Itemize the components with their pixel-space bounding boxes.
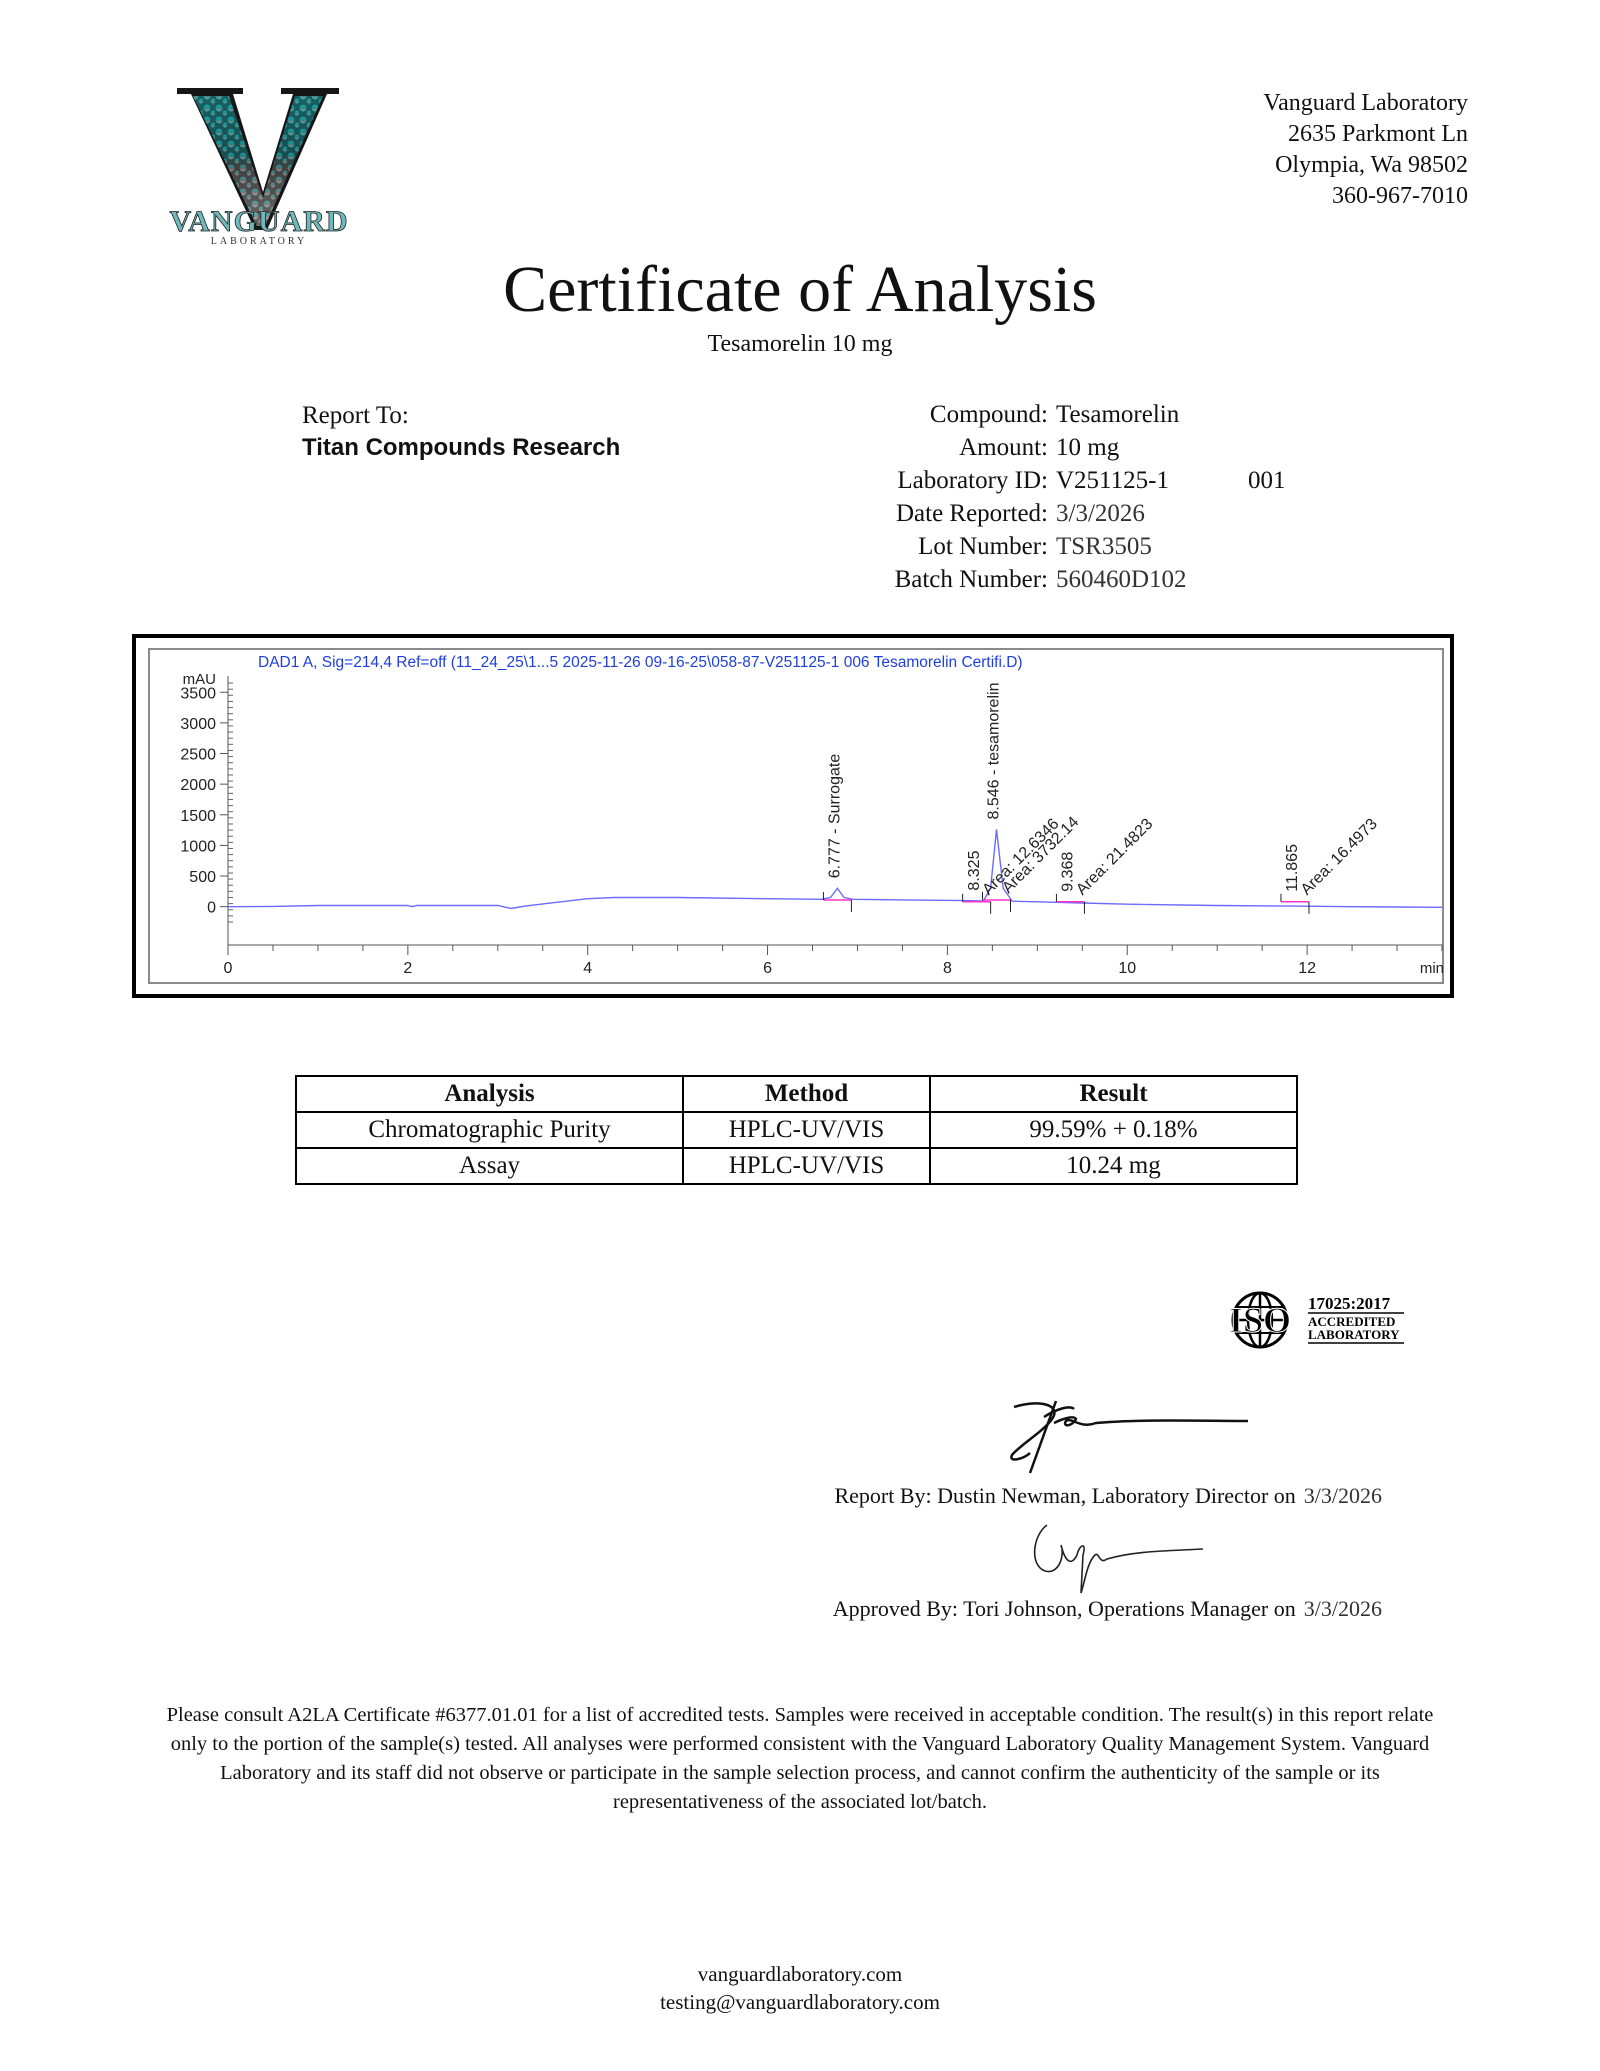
report-to-block: Report To: Titan Compounds Research	[302, 400, 620, 464]
svg-text:ISO: ISO	[1229, 1300, 1291, 1340]
peak-area-label: Area: 21.4823	[1073, 815, 1156, 898]
cell-method: HPLC-UV/VIS	[683, 1148, 930, 1184]
x-tick-label: 0	[224, 960, 233, 977]
logo-tagline: LABORATORY	[211, 236, 308, 247]
document-subtitle: Tesamorelin 10 mg	[0, 330, 1600, 358]
cell-analysis: Chromatographic Purity	[296, 1112, 683, 1148]
info-row: Lot Number:TSR3505	[820, 530, 1286, 563]
vanguard-v-logo-icon: VANGUARD LABORATORY	[155, 80, 365, 250]
cell-method: HPLC-UV/VIS	[683, 1112, 930, 1148]
header-analysis: Analysis	[296, 1076, 683, 1112]
info-value: Tesamorelin	[1056, 398, 1226, 431]
info-value: 560460D102	[1056, 563, 1226, 596]
x-tick-label: 10	[1118, 960, 1136, 977]
x-tick-label: 12	[1298, 960, 1316, 977]
info-value: TSR3505	[1056, 530, 1226, 563]
info-row: Laboratory ID:V251125-1001	[820, 464, 1286, 497]
peak-area-label: Area: 16.4973	[1298, 815, 1381, 898]
lab-street: 2635 Parkmont Ln	[1263, 119, 1468, 150]
y-tick-label: 2500	[180, 747, 216, 764]
iso-accreditation-badge: ISO 17025:2017 ACCREDITED LABORATORY	[1222, 1290, 1412, 1350]
website-link[interactable]: vanguardlaboratory.com	[0, 1960, 1600, 1988]
x-tick-label: 6	[763, 960, 772, 977]
email-link[interactable]: testing@vanguardlaboratory.com	[0, 1988, 1600, 2016]
info-key: Laboratory ID:	[820, 464, 1056, 497]
info-row: Batch Number:560460D102	[820, 563, 1286, 596]
table-row: Assay HPLC-UV/VIS 10.24 mg	[296, 1148, 1297, 1184]
info-key: Amount:	[820, 431, 1056, 464]
lab-phone: 360-967-7010	[1263, 181, 1468, 212]
header-method: Method	[683, 1076, 930, 1112]
info-key: Batch Number:	[820, 563, 1056, 596]
x-tick-label: 8	[943, 960, 952, 977]
info-row: Amount:10 mg	[820, 431, 1286, 464]
y-tick-label: 2000	[180, 777, 216, 794]
results-table: Analysis Method Result Chromatographic P…	[295, 1075, 1298, 1185]
report-by-line: Report By: Dustin Newman, Laboratory Dir…	[834, 1483, 1382, 1509]
y-tick-label: 1500	[180, 808, 216, 825]
sample-info: Compound:TesamorelinAmount:10 mgLaborato…	[820, 398, 1286, 596]
info-key: Date Reported:	[820, 497, 1056, 530]
chromatogram-plot-area: DAD1 A, Sig=214,4 Ref=off (11_24_25\1...…	[148, 648, 1444, 984]
info-value: 10 mg	[1056, 431, 1226, 464]
peak-label: 8.546 - tesamorelin	[986, 683, 1003, 820]
chromatogram: DAD1 A, Sig=214,4 Ref=off (11_24_25\1...…	[132, 634, 1454, 998]
x-tick-label: 4	[583, 960, 592, 977]
disclaimer: Please consult A2LA Certificate #6377.01…	[150, 1701, 1450, 1817]
director-signature	[1000, 1395, 1250, 1475]
header-result: Result	[930, 1076, 1297, 1112]
manager-signature	[1025, 1515, 1205, 1595]
info-row: Date Reported:3/3/2026	[820, 497, 1286, 530]
chart-title: DAD1 A, Sig=214,4 Ref=off (11_24_25\1...…	[258, 654, 1023, 671]
info-key: Compound:	[820, 398, 1056, 431]
document-title: Certificate of Analysis	[0, 250, 1600, 330]
lab-city: Olympia, Wa 98502	[1263, 150, 1468, 181]
approved-by-text: Approved By: Tori Johnson, Operations Ma…	[833, 1596, 1296, 1621]
footer: vanguardlaboratory.com testing@vanguardl…	[0, 1960, 1600, 2016]
cell-analysis: Assay	[296, 1148, 683, 1184]
iso-laboratory: LABORATORY	[1308, 1327, 1400, 1342]
y-tick-label: 1000	[180, 838, 216, 855]
chromatogram-chart: DAD1 A, Sig=214,4 Ref=off (11_24_25\1...…	[150, 650, 1446, 986]
approved-by-line: Approved By: Tori Johnson, Operations Ma…	[833, 1596, 1382, 1622]
logo-wordmark: VANGUARD	[169, 205, 348, 238]
peak-label: 6.777 - Surrogate	[827, 754, 844, 879]
info-extra: 001	[1226, 464, 1286, 497]
y-tick-label: 3000	[180, 716, 216, 733]
y-axis-label: mAU	[183, 671, 216, 688]
cell-result: 10.24 mg	[930, 1148, 1297, 1184]
iso-standard: 17025:2017	[1308, 1294, 1391, 1313]
results-header-row: Analysis Method Result	[296, 1076, 1297, 1112]
table-row: Chromatographic Purity HPLC-UV/VIS 99.59…	[296, 1112, 1297, 1148]
x-axis-label: min	[1420, 960, 1444, 977]
lab-address: Vanguard Laboratory 2635 Parkmont Ln Oly…	[1263, 88, 1468, 212]
report-by-text: Report By: Dustin Newman, Laboratory Dir…	[834, 1483, 1295, 1508]
report-to-label: Report To:	[302, 400, 620, 432]
iso-globe-icon: ISO	[1229, 1293, 1291, 1347]
y-tick-label: 500	[189, 869, 216, 886]
report-by-date: 3/3/2026	[1304, 1483, 1382, 1508]
lab-name: Vanguard Laboratory	[1263, 88, 1468, 119]
cell-result: 99.59% + 0.18%	[930, 1112, 1297, 1148]
client-name: Titan Compounds Research	[302, 432, 620, 464]
info-row: Compound:Tesamorelin	[820, 398, 1286, 431]
info-value: 3/3/2026	[1056, 497, 1226, 530]
approved-by-date: 3/3/2026	[1304, 1596, 1382, 1621]
info-value: V251125-1	[1056, 464, 1226, 497]
y-tick-label: 0	[207, 900, 216, 917]
vanguard-logo: VANGUARD LABORATORY	[155, 80, 365, 250]
info-key: Lot Number:	[820, 530, 1056, 563]
x-tick-label: 2	[403, 960, 412, 977]
